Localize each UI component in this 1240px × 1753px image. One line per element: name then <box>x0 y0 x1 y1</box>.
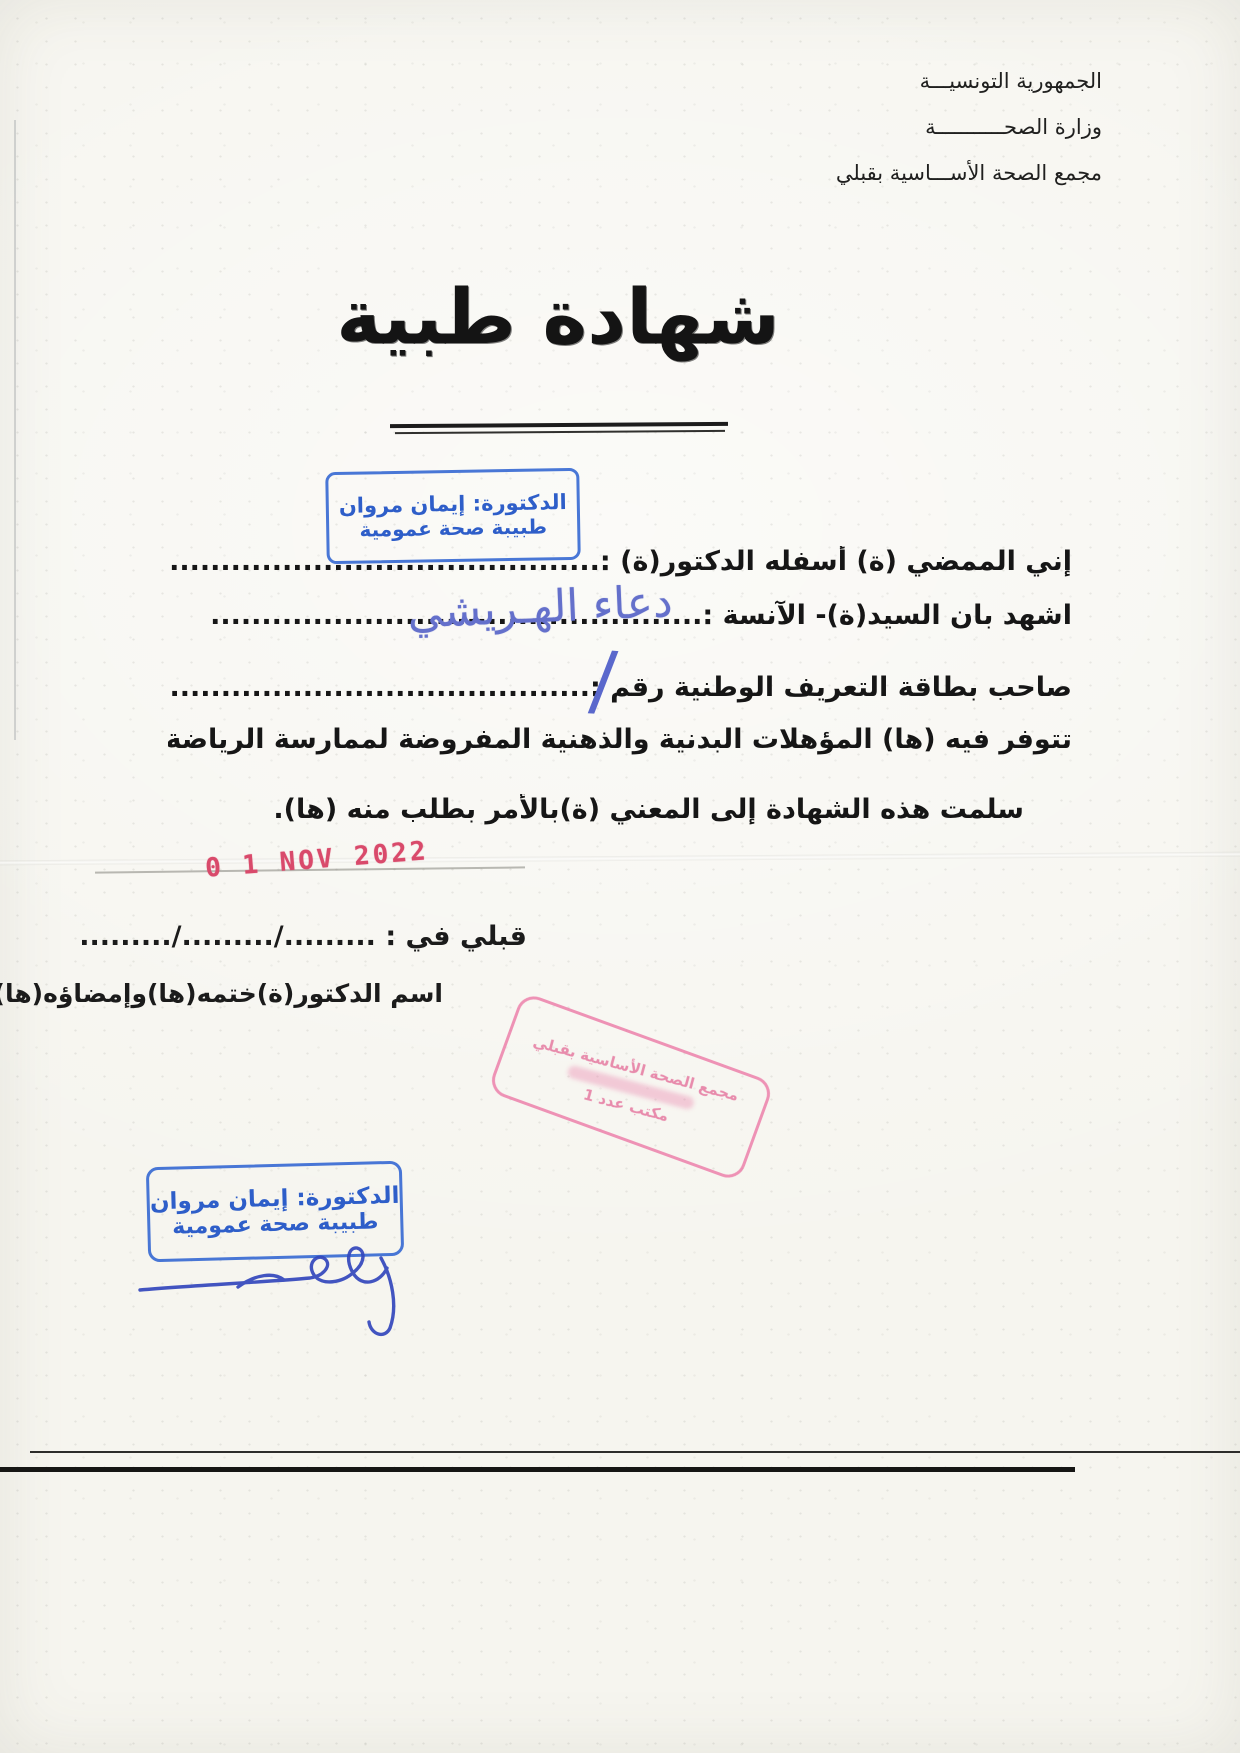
republic-header: الجمهورية التونسيـــة وزارة الصحــــــــ… <box>836 58 1102 196</box>
date-received-stamp: 0 1 NOV 2022 <box>204 836 430 883</box>
place-date-label: قبلي في : <box>385 921 527 952</box>
scan-line-artifact <box>14 120 16 740</box>
doctor-stamp-bottom-title: طبيبة صحة عمومية <box>172 1209 379 1239</box>
body-line-fitness-text: تتوفر فيه (ها) المؤهلات البدنية والذهنية… <box>168 724 1072 755</box>
body-line-delivery-text: سلمت هذه الشهادة إلى المعني (ة)بالأمر بط… <box>273 794 1024 825</box>
office-stamp-content: مجمع الصحة الأساسية بقبلي مكتب عدد 1 <box>521 1032 741 1142</box>
title-underline-thin <box>395 430 725 434</box>
header-line-ministry: وزارة الصحـــــــــــة <box>836 104 1102 150</box>
place-date-line: قبلي في : ........./........./......... <box>79 921 527 952</box>
certificate-title: شهادة طبية <box>320 272 796 361</box>
body-line-id-card: صاحب بطاقة التعريف الوطنية رقم :........… <box>168 672 1072 716</box>
body-line-delivery: سلمت هذه الشهادة إلى المعني (ة)بالأمر بط… <box>168 794 1072 838</box>
header-line-health-group: مجمع الصحة الأســـاسية بقبلي <box>836 150 1102 196</box>
body-line-name-label: اشهد بان السيد(ة)- الآنسة : <box>702 600 1072 631</box>
body-line-id-card-label: صاحب بطاقة التعريف الوطنية رقم : <box>590 672 1072 703</box>
doctor-signature <box>118 1238 498 1348</box>
body-line-id-card-dots: ........................................… <box>168 672 590 703</box>
fold-crease <box>0 852 1240 866</box>
doctor-stamp-top-title: طبيبة صحة عمومية <box>359 514 547 541</box>
place-date-dots: ........./........./......... <box>79 921 376 952</box>
doctor-stamp-top: الدكتورة: إيمان مروان طبيبة صحة عمومية <box>325 468 581 564</box>
bottom-rule-thick <box>0 1467 1075 1472</box>
office-stamp: مجمع الصحة الأساسية بقبلي مكتب عدد 1 <box>487 991 775 1182</box>
title-underline-thick <box>390 422 728 428</box>
header-line-republic: الجمهورية التونسيـــة <box>836 58 1102 104</box>
body-line-doctor-label: إني الممضي (ة) أسفله الدكتور(ة) : <box>600 546 1072 577</box>
body-line-fitness: تتوفر فيه (ها) المؤهلات البدنية والذهنية… <box>168 724 1072 768</box>
bottom-rule-thin <box>30 1451 1240 1453</box>
signature-caption: اسم الدكتور(ة)ختمه(ها)وإمضاؤه(ها) <box>0 979 443 1008</box>
scanned-medical-certificate: الجمهورية التونسيـــة وزارة الصحــــــــ… <box>0 0 1240 1753</box>
